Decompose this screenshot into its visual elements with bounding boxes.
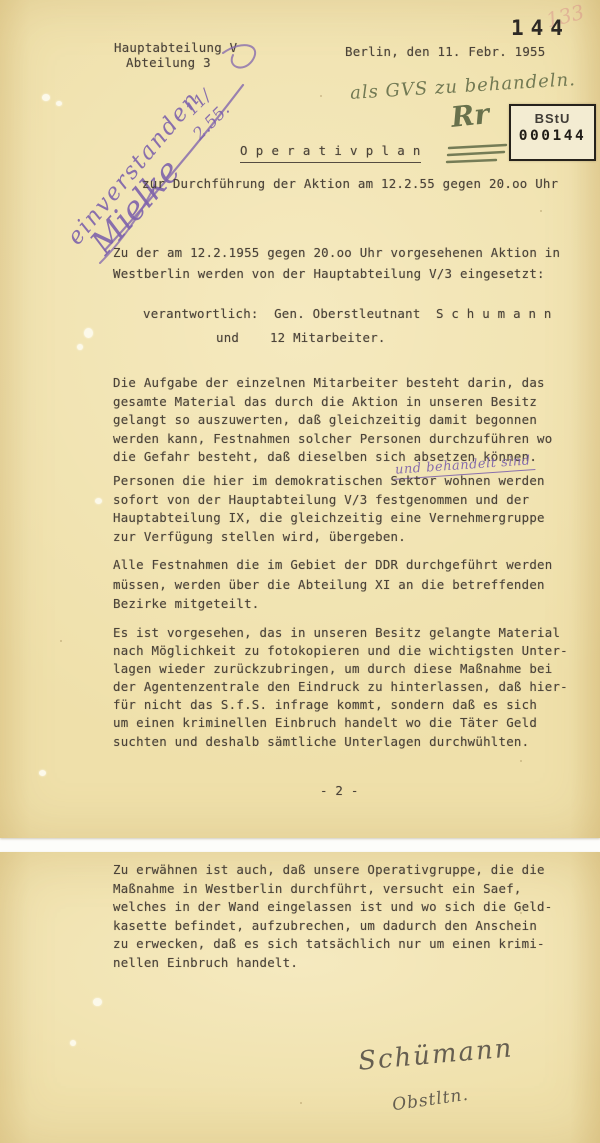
date-line: Berlin, den 11. Febr. 1955 <box>345 44 545 59</box>
paper-dot <box>540 210 542 212</box>
pencil-underlines <box>446 142 510 168</box>
typed-page-number-2: - 2 - <box>320 783 359 798</box>
page-1: 133 144 Hauptabteilung V Abteilung 3 Ber… <box>0 0 600 838</box>
bstu-stamp-number: 000144 <box>511 128 594 144</box>
paper-speck <box>77 344 83 350</box>
paragraph-safe: Zu erwähnen ist auch, daß unsere Operati… <box>113 861 552 973</box>
paper-speck <box>70 1040 76 1046</box>
document-subtitle: zur Durchführung der Aktion am 12.2.55 g… <box>142 176 558 191</box>
paper-speck <box>95 498 102 504</box>
paper-dot <box>300 1102 302 1104</box>
document-title: O p e r a t i v p l a n <box>240 143 421 163</box>
paper-dot <box>520 760 522 762</box>
paragraph-photocopy: Es ist vorgesehen, das in unseren Besitz… <box>113 624 568 751</box>
paper-speck <box>39 770 46 776</box>
paper-speck <box>93 998 102 1006</box>
paragraph-intro: Zu der am 12.2.1955 gegen 20.oo Uhr vorg… <box>113 242 560 284</box>
paragraph-persons: Personen die hier im demokratischen Sekt… <box>113 472 545 546</box>
page-2: Zu erwähnen ist auch, daß unsere Operati… <box>0 852 600 1143</box>
paragraph-tasks: Die Aufgabe der einzelnen Mitarbeiter be… <box>113 374 552 467</box>
paper-dot <box>320 95 322 97</box>
archive-page-number: 144 <box>511 16 570 40</box>
signature-schumann: Schümann <box>357 1033 515 1076</box>
responsible-line-2: und 12 Mitarbeiter. <box>216 330 386 345</box>
paper-speck <box>84 328 93 338</box>
signature-rank: Obstltn. <box>391 1085 470 1116</box>
pencil-paraph: Rr <box>449 97 490 134</box>
scanned-document: 133 144 Hauptabteilung V Abteilung 3 Ber… <box>0 0 600 1143</box>
bstu-archive-stamp: BStU 000144 <box>509 104 596 161</box>
bstu-stamp-label: BStU <box>511 111 594 126</box>
paper-dot <box>60 640 62 642</box>
responsible-line-1: verantwortlich: Gen. Oberstleutnant S c … <box>143 306 552 321</box>
paragraph-arrests: Alle Festnahmen die im Gebiet der DDR du… <box>113 555 552 614</box>
